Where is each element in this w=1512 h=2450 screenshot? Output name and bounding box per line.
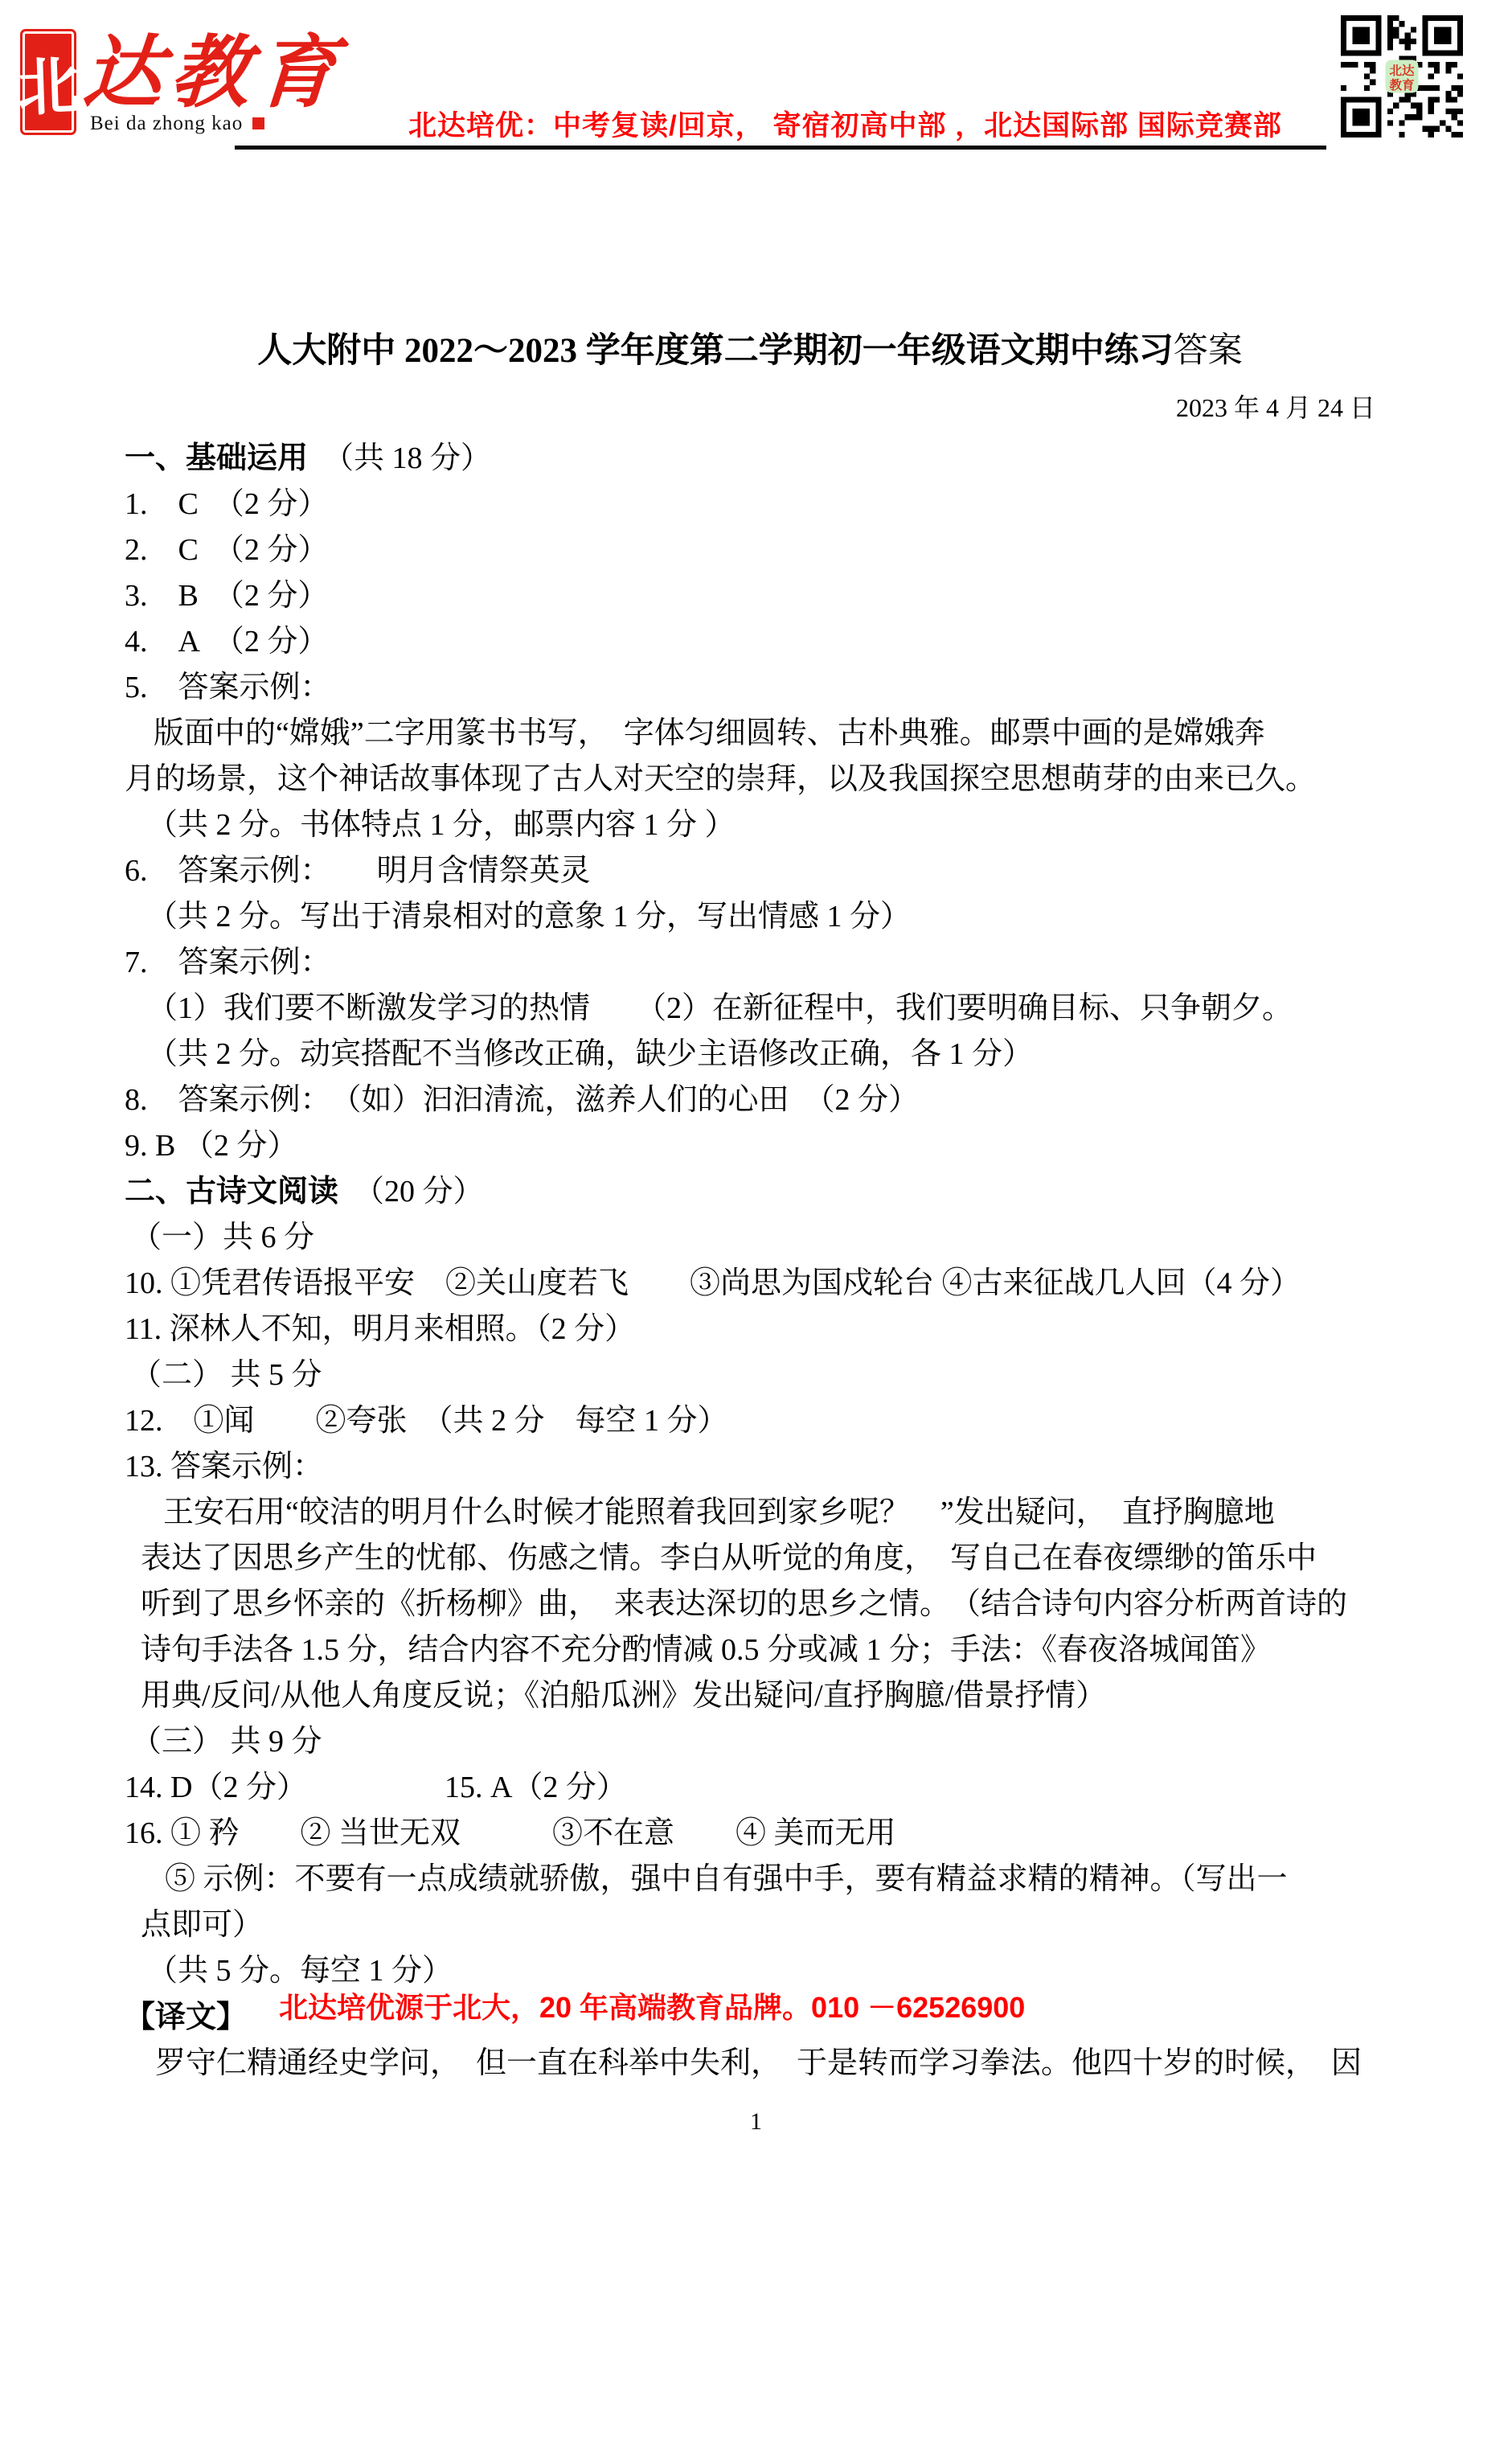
qr-code: 北达教育 <box>1341 15 1463 137</box>
line-text: 8. 答案示例： （如）汩汩清流，滋养人们的心田 （2 分） <box>125 1083 919 1117</box>
line-text: 2. C （2 分） <box>125 533 328 567</box>
translation-label: 【译文】 <box>125 1995 247 2041</box>
doc-line: （一）共 6 分 <box>125 1215 1375 1261</box>
line-text: 点即可） <box>141 1908 263 1942</box>
doc-line: 月的场景，这个神话故事体现了古人对天空的崇拜，以及我国探空思想萌芽的由来已久。 <box>125 757 1375 802</box>
doc-line: 9. B （2 分） <box>125 1123 1375 1169</box>
doc-line: 3. B （2 分） <box>125 573 1375 619</box>
line-text: 听到了思乡怀亲的《折杨柳》曲， 来表达深切的思乡之情。 （结合诗句内容分析两首诗… <box>141 1587 1347 1621</box>
line-text: （共 2 分。书体特点 1 分，邮票内容 1 分 ） <box>147 808 736 842</box>
doc-line: ⑤ 示例：不要有一点成绩就骄傲，强中自有强中手，要有精益求精的精神。（写出一 <box>125 1857 1375 1902</box>
doc-line: 【译文】北达培优源于北大，20 年高端教育品牌。010 －62526900 <box>125 1994 1375 2041</box>
line-text: 9. B （2 分） <box>125 1129 297 1163</box>
line-text: （三） 共 9 分 <box>131 1725 322 1759</box>
doc-line: 2. C （2 分） <box>125 527 1375 573</box>
doc-line: 4. A （2 分） <box>125 619 1375 665</box>
line-text: 10. ①凭君传语报平安 ②关山度若飞 ③尚思为国戍轮台 ④古来征战几人回（4 … <box>125 1266 1301 1300</box>
answer-lines: 一、基础运用 （共 18 分）1. C （2 分）2. C （2 分）3. B … <box>125 425 1375 2087</box>
line-text: 5. 答案示例： <box>125 671 331 704</box>
doc-line: 用典/反问/从他人角度反说；《泊船瓜洲》发出疑问/直抒胸臆/借景抒情） <box>125 1673 1375 1719</box>
page-footer: 1 <box>0 2087 1512 2138</box>
doc-line: 王安石用“皎洁的明月什么时候才能照着我回到家乡呢？ ”发出疑问， 直抒胸臆地 <box>125 1490 1375 1536</box>
logo-seal-character: 北 <box>15 36 81 129</box>
logo-seal: 北 <box>20 29 76 135</box>
doc-line: （共 2 分。书体特点 1 分，邮票内容 1 分 ） <box>125 802 1375 848</box>
line-text: 王安石用“皎洁的明月什么时候才能照着我回到家乡呢？ ”发出疑问， 直抒胸臆地 <box>163 1496 1275 1529</box>
section-heading-bold: 一、基础运用 <box>125 441 308 475</box>
line-text: （1）我们要不断激发学习的热情 （2）在新征程中，我们要明确目标、只争朝夕。 <box>147 991 1293 1025</box>
doc-line: 6. 答案示例： 明月含情祭英灵 <box>125 848 1375 894</box>
doc-line: 点即可） <box>125 1902 1375 1948</box>
line-text: 4. A （2 分） <box>125 625 328 659</box>
line-text: 表达了因思乡产生的忧郁、伤感之情。李白从听觉的角度， 写自己在春夜缥缈的笛乐中 <box>141 1541 1317 1575</box>
qr-center-label-line1: 北达 <box>1389 64 1415 78</box>
doc-line: 16. ① 矜 ② 当世无双 ③不在意 ④ 美而无用 <box>125 1811 1375 1857</box>
doc-line: （1）我们要不断激发学习的热情 （2）在新征程中，我们要明确目标、只争朝夕。 <box>125 986 1375 1032</box>
line-text: 用典/反问/从他人角度反说；《泊船瓜洲》发出疑问/直抒胸臆/借景抒情） <box>141 1679 1106 1713</box>
qr-center-label-line2: 教育 <box>1389 77 1414 92</box>
doc-line: 版面中的“嫦娥”二字用篆书书写， 字体匀细圆转、古朴典雅。邮票中画的是嫦娥奔 <box>125 711 1375 757</box>
doc-line: 7. 答案示例： <box>125 940 1375 986</box>
doc-line: （共 2 分。写出于清泉相对的意象 1 分，写出情感 1 分） <box>125 894 1375 940</box>
line-text: 12. ①闻 ②夸张 （共 2 分 每空 1 分） <box>125 1404 728 1438</box>
doc-line: 二、古诗文阅读 （20 分） <box>125 1169 1375 1215</box>
doc-line: （三） 共 9 分 <box>125 1719 1375 1765</box>
logo-romanization: Bei da zhong kao <box>90 113 264 135</box>
line-text: （一）共 6 分 <box>131 1221 314 1254</box>
section-heading-bold: 二、古诗文阅读 <box>125 1175 338 1209</box>
doc-line: （共 2 分。动宾搭配不当修改正确，缺少主语修改正确，各 1 分） <box>125 1032 1375 1077</box>
doc-line: 一、基础运用 （共 18 分） <box>125 436 1375 482</box>
doc-line: 1. C （2 分） <box>125 482 1375 527</box>
answer-sheet: 人大附中 2022～2023 学年度第二学期初一年级语文期中练习答案 2023 … <box>125 0 1375 2087</box>
line-text: 诗句手法各 1.5 分，结合内容不充分酌情减 0.5 分或减 1 分；手法：《春… <box>141 1633 1271 1667</box>
red-square-icon <box>252 117 264 129</box>
document-page: 北 达教育 Bei da zhong kao 北达培优：中考复读/回京， 寄宿初… <box>0 0 1512 2450</box>
line-text: （二） 共 5 分 <box>131 1358 322 1392</box>
line-text: 13. 答案示例： <box>125 1450 323 1484</box>
line-text: 16. ① 矜 ② 当世无双 ③不在意 ④ 美而无用 <box>125 1816 896 1850</box>
line-text: （共 2 分。动宾搭配不当修改正确，缺少主语修改正确，各 1 分） <box>147 1037 1033 1071</box>
doc-line: 5. 答案示例： <box>125 665 1375 711</box>
header-divider <box>235 146 1326 150</box>
logo-romanization-text: Bei da zhong kao <box>90 113 243 134</box>
page-header: 北 达教育 Bei da zhong kao 北达培优：中考复读/回京， 寄宿初… <box>0 0 1512 187</box>
line-text: 14. D（2 分） 15. A（2 分） <box>125 1771 627 1804</box>
line-text: ⑤ 示例：不要有一点成绩就骄傲，强中自有强中手，要有精益求精的精神。（写出一 <box>165 1862 1288 1896</box>
line-text: 6. 答案示例： 明月含情祭英灵 <box>125 854 591 888</box>
doc-line: 听到了思乡怀亲的《折杨柳》曲， 来表达深切的思乡之情。 （结合诗句内容分析两首诗… <box>125 1582 1375 1627</box>
line-text: 11. 深林人不知，明月来相照。（2 分） <box>125 1312 635 1346</box>
section-heading-rest: （20 分） <box>338 1175 484 1209</box>
doc-line: 表达了因思乡产生的忧郁、伤感之情。李白从听觉的角度， 写自己在春夜缥缈的笛乐中 <box>125 1536 1375 1582</box>
promo-banner: 北达培优源于北大，20 年高端教育品牌。010 －62526900 <box>279 1984 1025 2030</box>
header-tagline: 北达培优：中考复读/回京， 寄宿初高中部 ，北达国际部 国际竞赛部 <box>408 110 1282 142</box>
line-text: 罗守仁精通经史学问， 但一直在科举中失利， 于是转而学习拳法。他四十岁的时候， … <box>155 2046 1362 2080</box>
doc-line: 11. 深林人不知，明月来相照。（2 分） <box>125 1307 1375 1352</box>
doc-line: （二） 共 5 分 <box>125 1352 1375 1398</box>
line-text: 月的场景，这个神话故事体现了古人对天空的崇拜，以及我国探空思想萌芽的由来已久。 <box>125 762 1316 796</box>
doc-line: 8. 答案示例： （如）汩汩清流，滋养人们的心田 （2 分） <box>125 1077 1375 1123</box>
doc-line: 诗句手法各 1.5 分，结合内容不充分酌情减 0.5 分或减 1 分；手法：《春… <box>125 1627 1375 1673</box>
page-number: 1 <box>750 2108 762 2135</box>
line-text: （共 2 分。写出于清泉相对的意象 1 分，写出情感 1 分） <box>147 900 911 934</box>
section-heading-rest: （共 18 分） <box>308 441 491 475</box>
exam-date: 2023 年 4 月 24 日 <box>125 376 1375 425</box>
line-text: 版面中的“嫦娥”二字用篆书书写， 字体匀细圆转、古朴典雅。邮票中画的是嫦娥奔 <box>154 716 1265 750</box>
line-text: 1. C （2 分） <box>125 487 328 521</box>
line-text: （共 5 分。每空 1 分） <box>147 1954 453 1988</box>
doc-line: 10. ①凭君传语报平安 ②关山度若飞 ③尚思为国戍轮台 ④古来征战几人回（4 … <box>125 1261 1375 1307</box>
doc-line: 12. ①闻 ②夸张 （共 2 分 每空 1 分） <box>125 1398 1375 1444</box>
page-title-suffix: 答案 <box>1174 332 1243 370</box>
doc-line: 罗守仁精通经史学问， 但一直在科举中失利， 于是转而学习拳法。他四十岁的时候， … <box>125 2041 1375 2087</box>
doc-line: 13. 答案示例： <box>125 1444 1375 1490</box>
doc-line: 14. D（2 分） 15. A（2 分） <box>125 1765 1375 1811</box>
page-title-main: 人大附中 2022～2023 学年度第二学期初一年级语文期中练习 <box>257 332 1174 370</box>
line-text: 3. B （2 分） <box>125 579 328 613</box>
line-text: 7. 答案示例： <box>125 946 331 979</box>
